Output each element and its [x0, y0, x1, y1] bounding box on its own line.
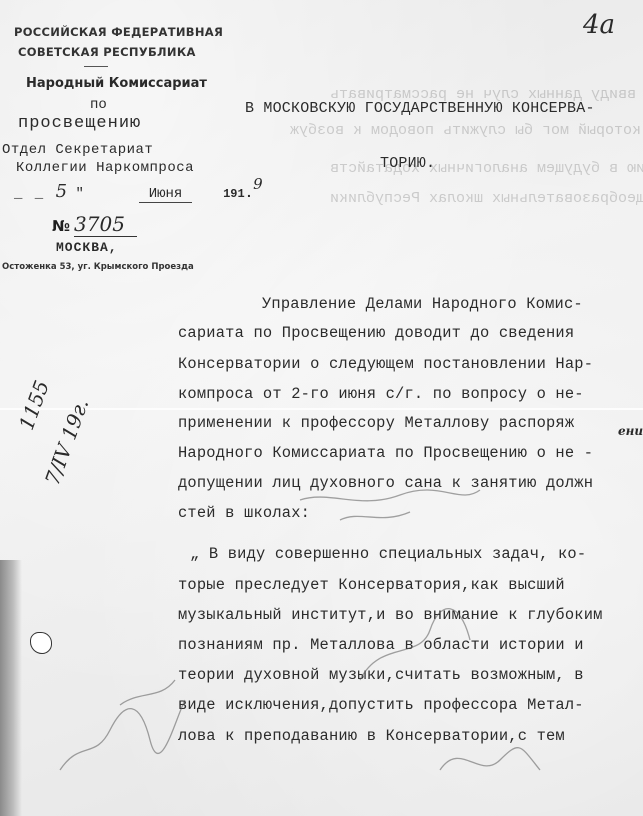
document-page: однако условиям ввиду данных случ не рас…: [0, 0, 643, 816]
page-edge-shadow: [0, 560, 22, 816]
address: Остоженка 53, уг. Крымского Проезда: [2, 262, 194, 272]
department-line1: Отдел Секретариат: [2, 142, 153, 158]
addressee-line1: В МОСКОВСКУЮ ГОСУДАРСТВЕННУЮ КОНСЕРВА-: [245, 100, 595, 117]
bleed-through-line: дению в будущем аналогичных ходатайств: [330, 160, 643, 177]
body-line: допущении лиц духовного сана к занятию д…: [178, 474, 593, 492]
body-line: лова к преподаванию в Консерватории,с те…: [178, 727, 565, 745]
body-line: стей в школах:: [178, 504, 310, 522]
body-line: Народного Комиссариата по Просвещению о …: [178, 444, 593, 462]
page-number-mark: 4а: [583, 10, 615, 40]
body-line: музыкальный институт,и во внимание к глу…: [178, 606, 603, 624]
date-year-suffix: 9: [253, 175, 263, 193]
paper-hole: [30, 632, 52, 654]
ministry-name-prosveshcheniyu: просвещению: [18, 114, 141, 133]
body-line: Управление Делами Народного Комис-: [262, 295, 583, 313]
addressee-line2: ТОРИЮ.: [380, 155, 435, 172]
date-month: Июня: [139, 186, 193, 203]
body-line: компроса от 2-го июня с/г. по вопросу о …: [178, 385, 584, 403]
margin-note-number: 1155: [14, 377, 54, 433]
bleed-through-line: как прецедент который мог бы служить пов…: [290, 122, 643, 139]
body-line: познаниям пр. Металлова в области истори…: [178, 636, 584, 654]
handwritten-insert: ения: [618, 424, 643, 438]
department-line2: Коллегии Наркомпроса: [16, 160, 194, 176]
body-line: теории духовной музыки,считать возможным…: [178, 666, 584, 684]
body-line: применении к профессору Металлову распор…: [178, 414, 574, 432]
body-line: Консерватории о следующем постановлении …: [178, 355, 593, 373]
republic-name-line1: РОССИЙСКАЯ ФЕДЕРАТИВНАЯ: [14, 25, 223, 39]
date-year-prefix: 191: [223, 187, 245, 201]
body-line: „ В виду совершенно специальных задач, к…: [190, 545, 586, 563]
republic-name-line2: СОВЕТСКАЯ РЕСПУБЛИКА: [18, 45, 196, 59]
date-field: _ _ 5 " Июня 191.9: [14, 181, 263, 202]
body-line: виде исключения,допустить профессора Мет…: [178, 696, 584, 714]
city: МОСКВА,: [56, 240, 118, 255]
number-value: 3705: [74, 212, 137, 237]
number-label: №: [52, 217, 70, 235]
bleed-through-line: общеобразовательных школах Республики: [330, 190, 643, 207]
paper-fold: [0, 408, 643, 410]
document-number: № 3705: [52, 212, 137, 236]
date-day: 5: [56, 181, 67, 202]
body-line: торые преследует Консерватория,как высши…: [178, 576, 565, 594]
ministry-name-po: по: [90, 97, 107, 113]
body-line: сариата по Просвещению доводит до сведен…: [178, 324, 574, 342]
divider: [84, 66, 108, 67]
ministry-name: Народный Комиссариат: [26, 76, 207, 91]
